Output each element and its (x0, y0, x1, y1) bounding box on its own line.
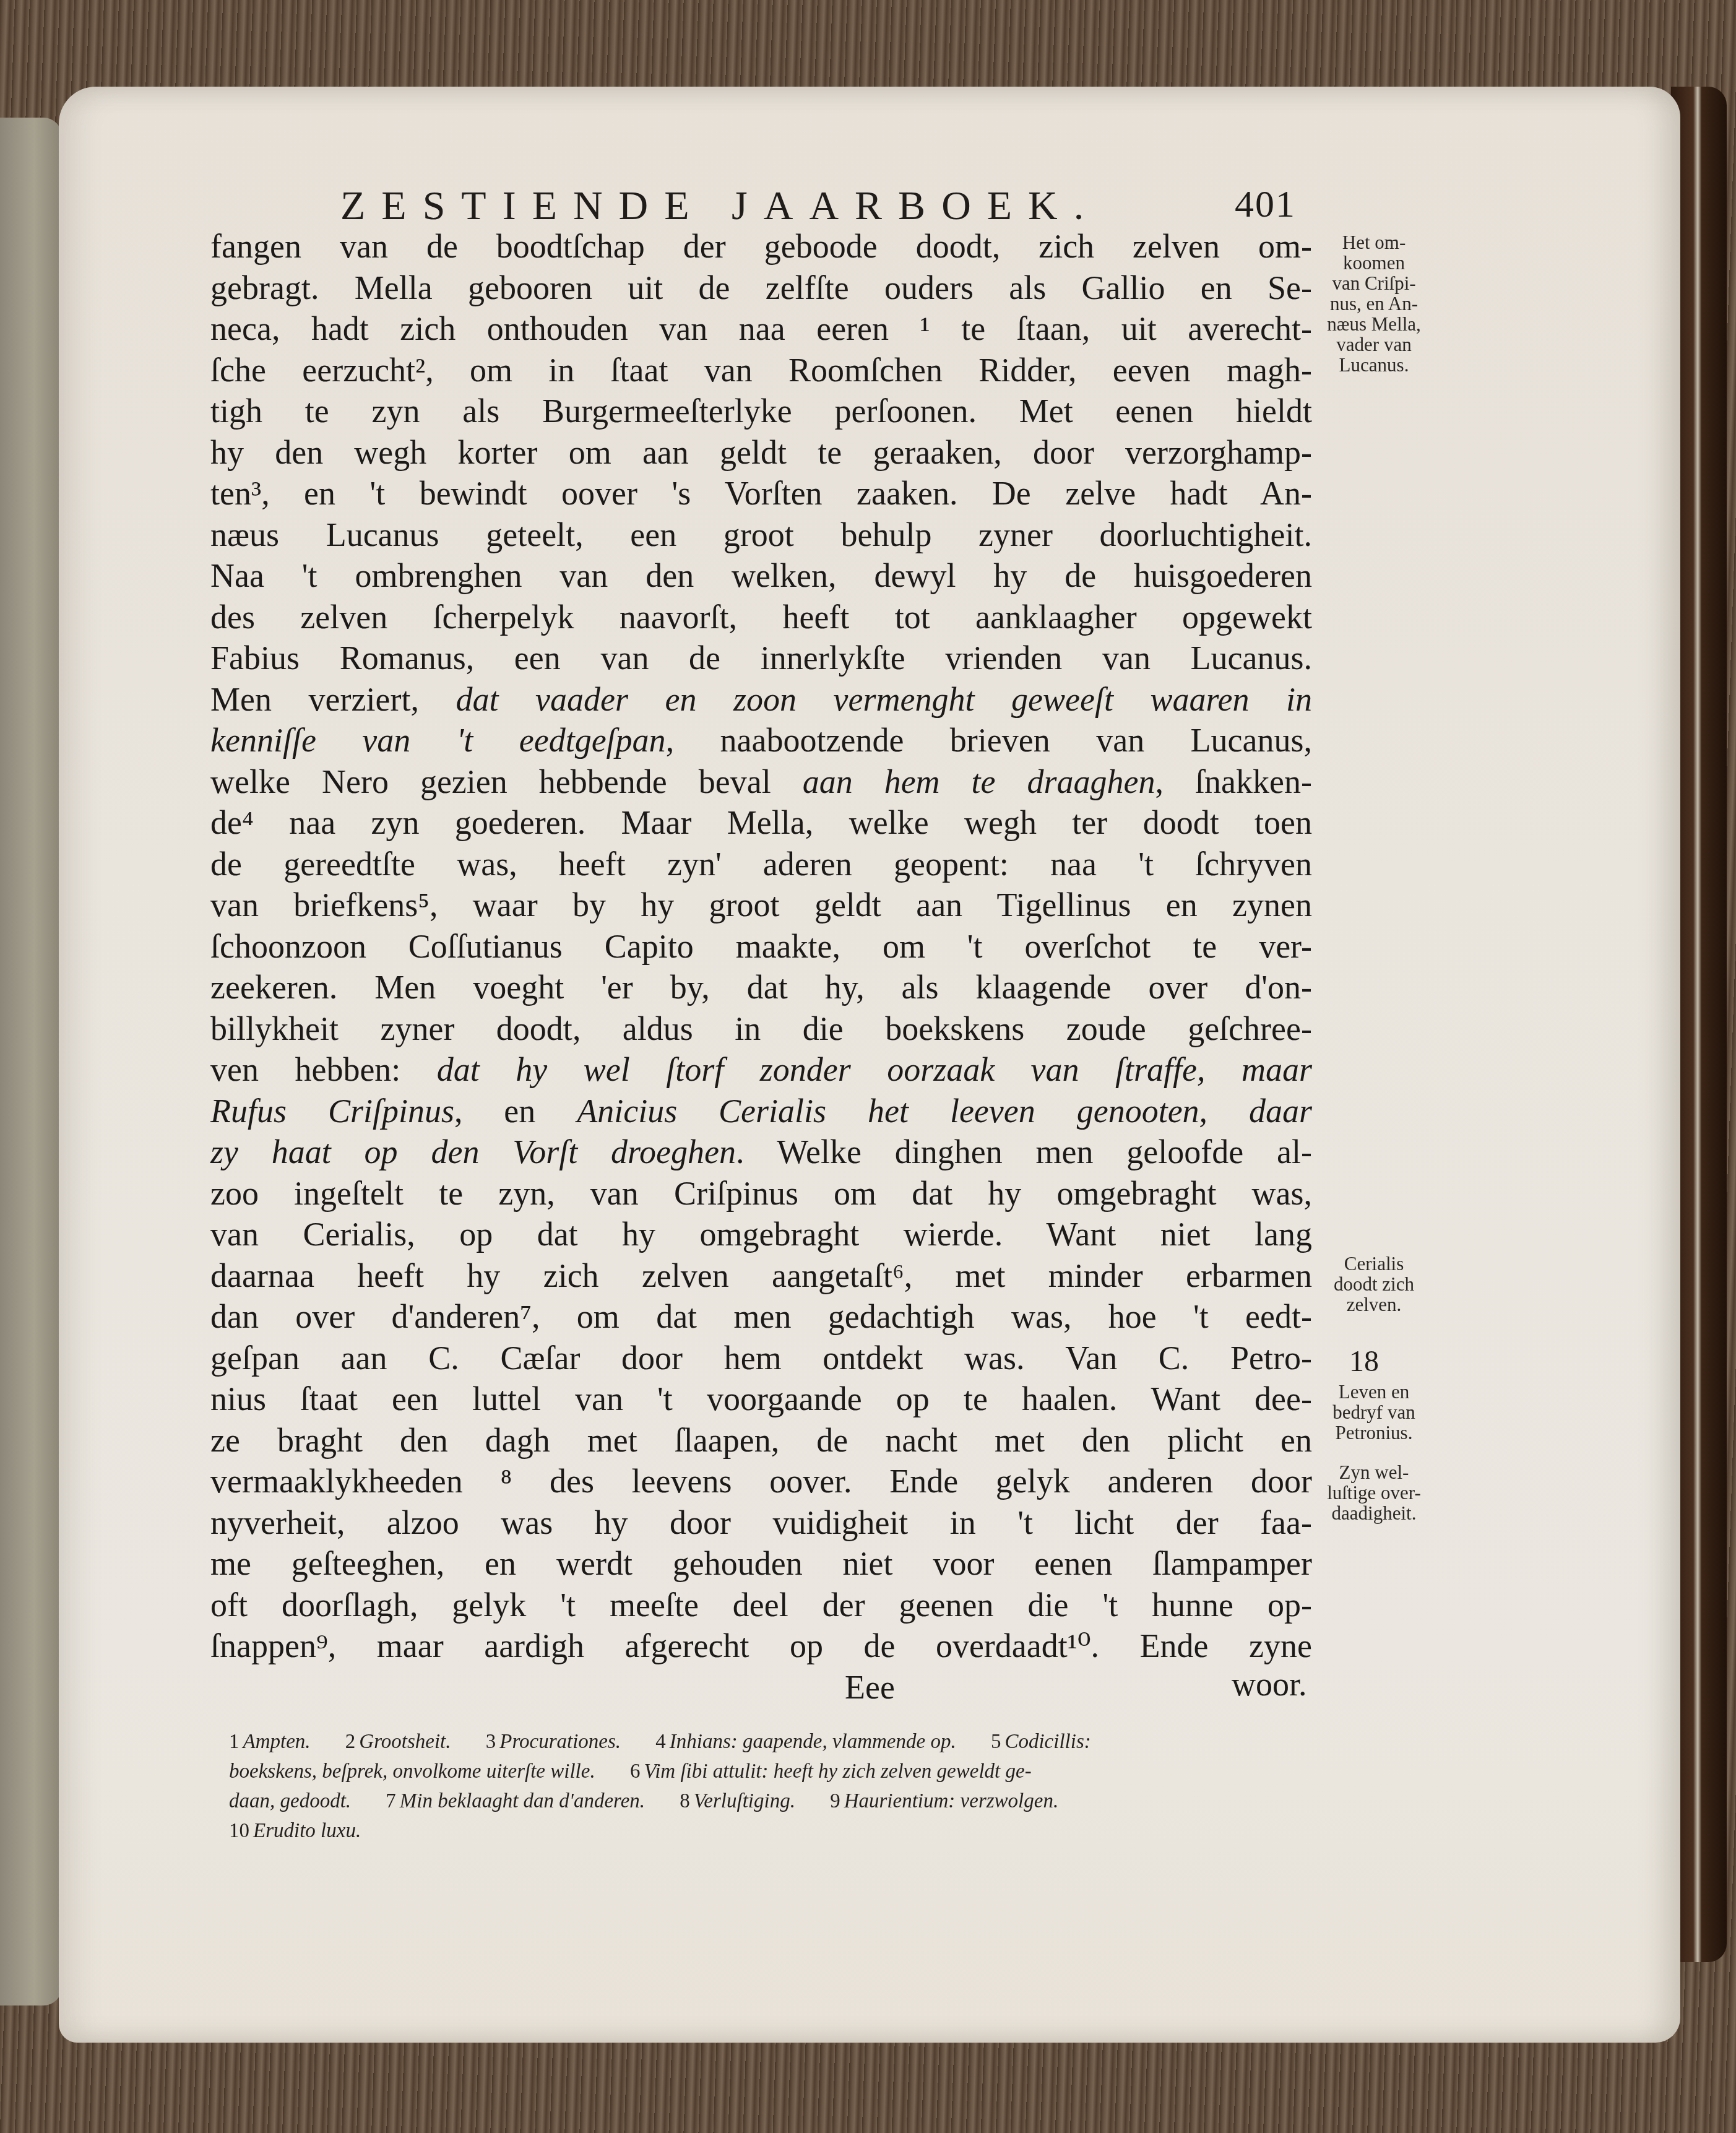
italic-quote: aan hem te draaghen (803, 763, 1155, 800)
roman-text: , en (454, 1092, 577, 1130)
footnote-number: 10 (229, 1820, 249, 1842)
page-number: 401 (1235, 183, 1296, 227)
running-head: ZESTIENDE JAARBOEK. (340, 183, 1331, 230)
text-line: des zelven ſcherpelyk naavorſt, heeft to… (210, 597, 1312, 638)
section-number: 18 (1349, 1344, 1379, 1378)
margin-note-omkoomen: Het om- koomen van Criſpi- nus, en An- n… (1300, 232, 1448, 375)
margin-note-line: Lucanus. (1300, 355, 1448, 375)
margin-note-line: koomen (1300, 253, 1448, 273)
text-line: de gereedtſte was, heeft zyn' aderen geo… (210, 844, 1312, 885)
margin-note-line: van Criſpi- (1300, 273, 1448, 293)
footnote-text: Erudito luxu. (253, 1820, 361, 1842)
text-line: geſpan aan C. Cæſar door hem ontdekt was… (210, 1338, 1312, 1379)
footnote-number: 4 (655, 1731, 666, 1753)
footnote-line: boekskens, beſprek, onvolkome uiterſte w… (229, 1757, 1331, 1786)
margin-note-line: vader van (1300, 334, 1448, 355)
margin-note-line: nus, en An- (1300, 293, 1448, 314)
footnote-text: daan, gedoodt. (229, 1790, 351, 1812)
text-line: me geſteeghen, en werdt gehouden niet vo… (210, 1543, 1312, 1585)
text-line-mixed: Rufus Criſpinus, en Anicius Cerialis het… (210, 1091, 1312, 1132)
margin-note-line: doodt zich (1300, 1274, 1448, 1294)
margin-note-line: daadigheit. (1300, 1503, 1448, 1523)
footnote-text: boekskens, beſprek, onvolkome uiterſte w… (229, 1760, 595, 1783)
margin-note-line: Leven en (1300, 1382, 1448, 1402)
text-line: nyverheit, alzoo was hy door vuidigheit … (210, 1502, 1312, 1544)
text-line-mixed: zy haat op den Vorſt droeghen. Welke din… (210, 1131, 1312, 1173)
footnote-text: Verluſtiging. (694, 1790, 795, 1812)
text-line: ſche eerzucht², om in ſtaat van Roomſche… (210, 350, 1312, 391)
text-line: daarnaa heeft hy zich zelven aangetaſt⁶,… (210, 1255, 1312, 1297)
margin-note-line: luſtige over- (1300, 1482, 1448, 1503)
footnote-text: Procurationes. (499, 1731, 621, 1753)
italic-quote: Anicius Cerialis het leeven genooten, da… (577, 1092, 1312, 1130)
roman-text: , naabootzende brieven van Lucanus, (666, 722, 1312, 759)
roman-text: , ſnakken- (1155, 763, 1312, 800)
text-line: fangen van de boodtſchap der geboode doo… (210, 226, 1312, 267)
footnote-text: Vim ſibi attulit: heeft hy zich zelven g… (644, 1760, 1031, 1783)
text-line-mixed: ven hebben: dat hy wel ſtorf zonder oorz… (210, 1049, 1312, 1091)
footnote-text: Ampten. (243, 1731, 311, 1753)
text-line: ze braght den dagh met ſlaapen, de nacht… (210, 1420, 1312, 1461)
text-line: neca, hadt zich onthouden van naa eeren … (210, 308, 1312, 350)
italic-quote: zy haat op den Vorſt droeghen (210, 1133, 736, 1170)
footnote-text: Haurientium: verzwolgen. (844, 1790, 1058, 1812)
text-line: ſnappen⁹, maar aardigh afgerecht op de o… (210, 1625, 1312, 1667)
italic-quote: dat hy wel ſtorf zonder oorzaak van ſtra… (437, 1051, 1312, 1088)
text-line: tigh te zyn als Burgermeeſterlyke perſoo… (210, 391, 1312, 432)
margin-note-overdaadigheit: Zyn wel- luſtige over- daadigheit. (1300, 1462, 1448, 1523)
footnote-text: Codicillis: (1004, 1731, 1090, 1753)
margin-note-line: Cerialis (1300, 1253, 1448, 1274)
footnotes: 1Ampten. 2Grootsheit. 3Procurationes. 4I… (229, 1727, 1331, 1846)
footnote-number: 8 (680, 1790, 690, 1812)
body-text: fangen van de boodtſchap der geboode doo… (210, 226, 1312, 1667)
footnote-line: 1Ampten. 2Grootsheit. 3Procurationes. 4I… (229, 1727, 1331, 1757)
footnote-line: 10Erudito luxu. (229, 1816, 1331, 1846)
footnote-number: 5 (991, 1731, 1001, 1753)
text-line: zeekeren. Men voeght 'er by, dat hy, als… (210, 967, 1312, 1008)
text-line: vermaaklykheeden ⁸ des leevens oover. En… (210, 1461, 1312, 1502)
margin-note-line: Zyn wel- (1300, 1462, 1448, 1482)
text-line: ſchoonzoon Coſſutianus Capito maakte, om… (210, 926, 1312, 967)
text-line: ten³, en 't bewindt oover 's Vorſten zaa… (210, 473, 1312, 514)
footnote-number: 2 (345, 1731, 356, 1753)
signature-mark: Eee (845, 1668, 895, 1707)
catchword: woor. (1232, 1665, 1307, 1703)
text-line: næus Lucanus geteelt, een groot behulp z… (210, 514, 1312, 556)
left-page-edge (0, 118, 62, 2005)
text-line: billykheit zyner doodt, aldus in die boe… (210, 1008, 1312, 1050)
text-line-mixed: welke Nero gezien hebbende beval aan hem… (210, 761, 1312, 803)
footnote-text: Inhians: gaapende, vlammende op. (670, 1731, 956, 1753)
roman-text: welke Nero gezien hebbende beval (210, 763, 803, 800)
roman-text: Men verziert, (210, 681, 456, 718)
text-line: de⁴ naa zyn goederen. Maar Mella, welke … (210, 802, 1312, 844)
footnote-number: 6 (630, 1760, 641, 1783)
margin-note-cerialis: Cerialis doodt zich zelven. (1300, 1253, 1448, 1315)
text-line: van Cerialis, op dat hy omgebraght wierd… (210, 1214, 1312, 1255)
text-line: Naa 't ombrenghen van den welken, dewyl … (210, 555, 1312, 597)
margin-note-line: næus Mella, (1300, 314, 1448, 334)
text-line-mixed: Men verziert, dat vaader en zoon vermeng… (210, 679, 1312, 720)
text-line-mixed: kenniſſe van 't eedtgeſpan, naabootzende… (210, 720, 1312, 761)
footnote-number: 7 (386, 1790, 396, 1812)
margin-note-line: Het om- (1300, 232, 1448, 253)
text-line: Fabius Romanus, een van de innerlykſte v… (210, 638, 1312, 679)
text-line: zoo ingeſtelt te zyn, van Criſpinus om d… (210, 1173, 1312, 1214)
footnote-text: Min beklaaght dan d'anderen. (400, 1790, 645, 1812)
text-line: oft doorſlagh, gelyk 't meeſte deel der … (210, 1585, 1312, 1626)
footnote-line: daan, gedoodt. 7Min beklaaght dan d'ande… (229, 1786, 1331, 1816)
roman-text: . Welke dinghen men geloofde al- (736, 1133, 1312, 1170)
footnote-number: 1 (229, 1731, 240, 1753)
text-line: dan over d'anderen⁷, om dat men gedachti… (210, 1296, 1312, 1338)
roman-text: ven hebben: (210, 1051, 437, 1088)
italic-quote: kenniſſe van 't eedtgeſpan (210, 722, 666, 759)
margin-note-line: Petronius. (1300, 1422, 1448, 1443)
margin-note-petronius: Leven en bedryf van Petronius. (1300, 1382, 1448, 1443)
footnote-number: 9 (830, 1790, 840, 1812)
margin-note-line: bedryf van (1300, 1402, 1448, 1422)
footnote-number: 3 (486, 1731, 496, 1753)
text-line: nius ſtaat een luttel van 't voorgaande … (210, 1378, 1312, 1420)
text-line: gebragt. Mella gebooren uit de zelfſte o… (210, 267, 1312, 309)
footnote-text: Grootsheit. (359, 1731, 451, 1753)
text-line: hy den wegh korter om aan geldt te geraa… (210, 432, 1312, 474)
margin-note-line: zelven. (1300, 1294, 1448, 1315)
text-line: van briefkens⁵, waar by hy groot geldt a… (210, 885, 1312, 926)
italic-quote: Rufus Criſpinus (210, 1092, 454, 1130)
italic-quote: dat vaader en zoon vermenght geweeſt waa… (456, 681, 1312, 718)
